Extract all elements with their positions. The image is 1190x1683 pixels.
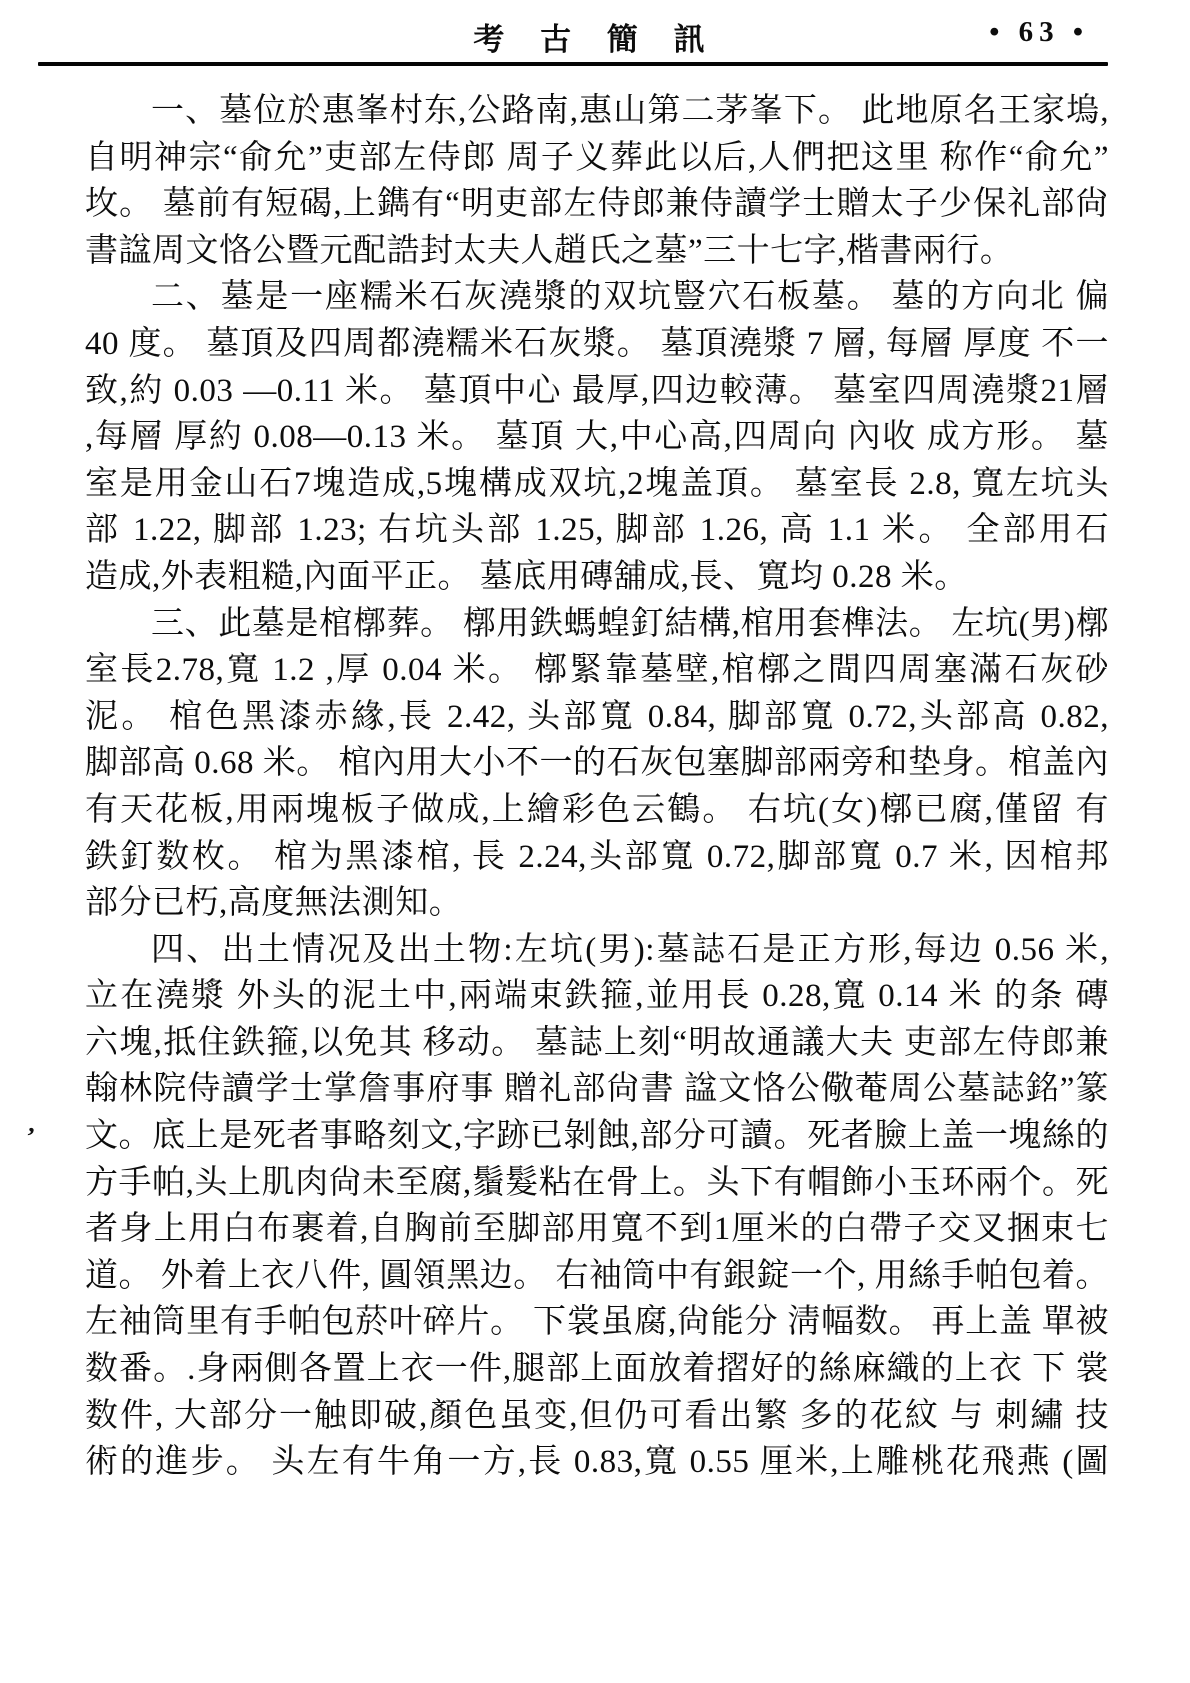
journal-title: 考 古 簡 訊 (85, 14, 1107, 59)
text-line: 部分已朽,高度無法測知。 (85, 880, 1109, 927)
text-line: 六塊,抵住鉄箍,以免其 移动。 墓誌上刻“明故通議大夫 吏部左侍郎兼 (85, 1020, 1109, 1067)
text-line: 致,約 0.03 —0.11 米。 墓頂中心 最厚,四边較薄。 墓室四周澆漿21… (85, 368, 1109, 415)
text-line: 三、此墓是棺槨葬。 槨用鉄螞蝗釘結構,棺用套榫法。 左坑(男)槨 (85, 601, 1109, 648)
text-line: 立在澆漿 外头的泥土中,兩端束鉄箍,並用長 0.28,寬 0.14 米 的条 磚 (85, 973, 1109, 1020)
text-line: 方手帕,头上肌肉尙未至腐,鬚髮粘在骨上。头下有帽飾小玉环兩个。死 (85, 1160, 1109, 1207)
page-number: • 63 • (989, 16, 1089, 49)
scanned-document-page: 考 古 簡 訊 • 63 • 一、墓位於惠峯村东,公路南,惠山第二茅峯下。 此地… (0, 0, 1190, 1683)
text-line: 文。底上是死者事略刻文,字跡已剝蝕,部分可讀。死者臉上盖一塊絲的 (85, 1113, 1109, 1160)
page-header: 考 古 簡 訊 • 63 • (85, 14, 1107, 58)
text-line: 脚部高 0.68 米。 棺內用大小不一的石灰包塞脚部兩旁和垫身。棺盖內 (85, 740, 1109, 787)
text-line: 泥。 棺色黑漆赤緣,長 2.42, 头部寬 0.84, 脚部寬 0.72,头部高… (85, 694, 1109, 741)
text-line: ,每層 厚約 0.08—0.13 米。 墓頂 大,中心高,四周向 內收 成方形。… (85, 414, 1109, 461)
margin-print-artifact: ’ (24, 1122, 37, 1153)
text-line: 左袖筒里有手帕包菸叶碎片。 下裳虽腐,尙能分 淸幅数。 再上盖 單被 (85, 1299, 1109, 1346)
text-line: 一、墓位於惠峯村东,公路南,惠山第二茅峯下。 此地原名王家塢, (85, 88, 1109, 135)
text-line: 40 度。 墓頂及四周都澆糯米石灰漿。 墓頂澆漿 7 層, 每層 厚度 不一 (85, 321, 1109, 368)
text-line: 数番。.身兩側各置上衣一件,腿部上面放着摺好的絲麻織的上衣 下 裳 (85, 1346, 1109, 1393)
text-line: 者身上用白布裹着,自胸前至脚部用寬不到1厘米的白帶子交叉捆束七 (85, 1206, 1109, 1253)
text-line: 有天花板,用兩塊板子做成,上繪彩色云鶴。 右坑(女)槨已腐,僅留 有 (85, 787, 1109, 834)
text-line: 書諡周文恪公暨元配誥封太夫人趙氏之墓”三十七字,楷書兩行。 (85, 228, 1109, 275)
text-line: 鉄釘数枚。 棺为黑漆棺, 長 2.24,头部寬 0.72,脚部寬 0.7 米, … (85, 834, 1109, 881)
text-line: 部 1.22, 脚部 1.23; 右坑头部 1.25, 脚部 1.26, 高 1… (85, 507, 1109, 554)
text-line: 造成,外表粗糙,內面平正。 墓底用磚舖成,長、寬均 0.28 米。 (85, 554, 1109, 601)
text-line: 術的進步。 头左有牛角一方,長 0.83,寬 0.55 厘米,上雕桃花飛燕 (圖 (85, 1439, 1109, 1486)
text-line: 自明神宗“俞允”吏部左侍郎 周子义葬此以后,人們把这里 称作“俞允” (85, 135, 1109, 182)
text-line: 室長2.78,寬 1.2 ,厚 0.04 米。 槨緊靠墓壁,棺槨之間四周塞滿石灰… (85, 647, 1109, 694)
text-line: 室是用金山石7塊造成,5塊構成双坑,2塊盖頂。 墓室長 2.8, 寬左坑头 (85, 461, 1109, 508)
header-rule (38, 62, 1108, 66)
article-body: 一、墓位於惠峯村东,公路南,惠山第二茅峯下。 此地原名王家塢, 自明神宗“俞允”… (85, 88, 1109, 1486)
text-line: 四、出土情况及出土物:左坑(男):墓誌石是正方形,每边 0.56 米, (85, 927, 1109, 974)
text-line: 翰林院侍讀学士掌詹事府事 贈礼部尙書 諡文恪公儆菴周公墓誌銘”篆 (85, 1066, 1109, 1113)
text-line: 二、墓是一座糯米石灰澆漿的双坑豎穴石板墓。 墓的方向北 偏 西 (85, 274, 1109, 321)
text-line: 坆。 墓前有短碣,上鐫有“明吏部左侍郎兼侍讀学士贈太子少保礼部尙 (85, 181, 1109, 228)
text-line: 数件, 大部分一触即破,顏色虽变,但仍可看出繁 多的花紋 与 刺繡 技 (85, 1393, 1109, 1440)
text-line: 道。 外着上衣八件, 圓領黑边。 右袖筒中有銀錠一个, 用絲手帕包着。 (85, 1253, 1109, 1300)
